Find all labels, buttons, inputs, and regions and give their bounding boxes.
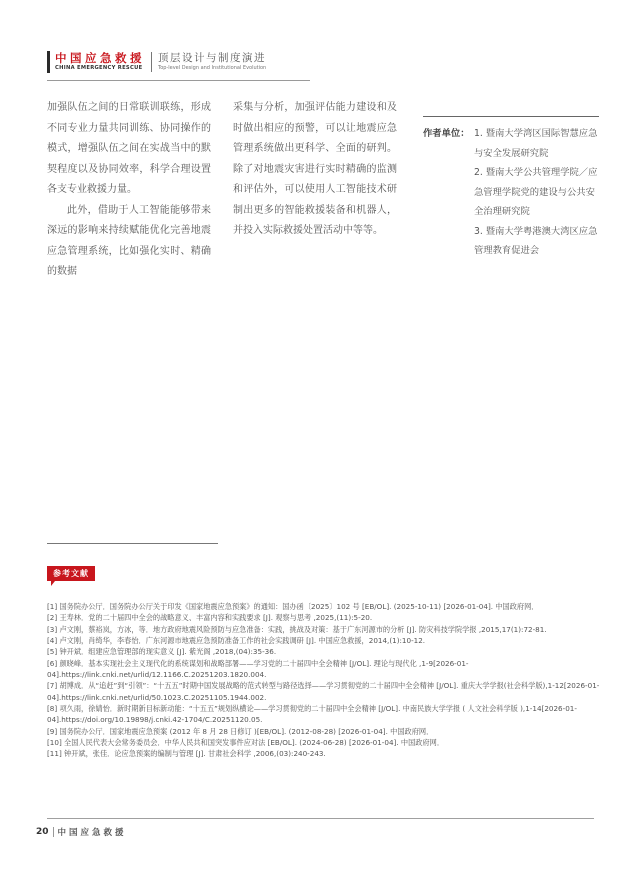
header-divider (151, 52, 152, 72)
reference-item: [8] 项久雨，徐婧怡．新时期新目标新动能：“十五五”规划纵横论——学习贯彻党的… (47, 703, 607, 726)
references-rule (47, 543, 218, 544)
journal-name-en: CHINA EMERGENCY RESCUE (55, 66, 145, 71)
journal-name-cn: 中国应急救援 (55, 53, 145, 65)
reference-item: [11] 钟开斌，张佳．论应急预案的编制与管理 [J]. 甘肃社会科学 ,200… (47, 748, 607, 759)
reference-item: [5] 钟开斌．组建应急管理部的现实意义 [J]. 紫光阁 ,2018,(04)… (47, 646, 607, 657)
affiliation-label: 作者单位： (423, 124, 470, 144)
section-title-cn: 顶层设计与制度演进 (158, 53, 266, 64)
paragraph: 采集与分析，加强评估能力建设和及时做出相应的预警，可以让地震应急管理系统做出更科… (233, 98, 397, 242)
paragraph: 此外，借助于人工智能能够带来深远的影响来持续赋能优化完善地震应急管理系统，比如强… (47, 201, 211, 283)
affiliation-item: 2. 暨南大学公共管理学院／应急管理学院党的建设与公共安全治理研究院 (474, 163, 603, 222)
reference-item: [10] 全国人民代表大会常务委员会．中华人民共和国突发事件应对法 [EB/OL… (47, 737, 607, 748)
paragraph: 加强队伍之间的日常联训联练，形成不同专业力量共同训练、协同操作的模式，增强队伍之… (47, 98, 211, 201)
running-header: 中国应急救援 CHINA EMERGENCY RESCUE 顶层设计与制度演进 … (47, 50, 266, 74)
section-title-en: Top-level Design and Institutional Evolu… (158, 66, 266, 71)
footer-journal-name: 中国应急救援 (58, 826, 127, 838)
references-heading-tag: 参考文献 (47, 566, 95, 581)
author-affiliations: 作者单位： 1. 暨南大学湾区国际智慧应急与安全发展研究院 2. 暨南大学公共管… (423, 124, 603, 261)
affiliation-rule (423, 116, 599, 117)
reference-item: [6] 颜晓峰．基本实现社会主义现代化的系统谋划和战略部署——学习党的二十届四中… (47, 658, 607, 681)
reference-item: [7] 胡博成．从“追赶”到“引领”：“十五五”时期中国发展战略的范式转型与路径… (47, 680, 607, 703)
affiliation-item: 3. 暨南大学粤港澳大湾区应急管理教育促进会 (474, 222, 603, 261)
body-column-1: 加强队伍之间的日常联训联练，形成不同专业力量共同训练、协同操作的模式，增强队伍之… (47, 98, 211, 283)
header-accent-bar (47, 51, 50, 73)
affiliation-list: 1. 暨南大学湾区国际智慧应急与安全发展研究院 2. 暨南大学公共管理学院／应急… (474, 124, 603, 261)
section-title: 顶层设计与制度演进 Top-level Design and Instituti… (158, 53, 266, 71)
journal-brand: 中国应急救援 CHINA EMERGENCY RESCUE (55, 53, 145, 72)
page-number: 20 (36, 827, 49, 837)
reference-list: [1] 国务院办公厅．国务院办公厅关于印发《国家地震应急预案》的通知：国办函〔2… (47, 601, 607, 760)
affiliation-item: 1. 暨南大学湾区国际智慧应急与安全发展研究院 (474, 124, 603, 163)
body-column-2: 采集与分析，加强评估能力建设和及时做出相应的预警，可以让地震应急管理系统做出更科… (233, 98, 397, 242)
reference-item: [9] 国务院办公厅．国家地震应急预案 (2012 年 8 月 28 日修订 )… (47, 726, 607, 737)
reference-item: [4] 卢文刚，肖绮华，李春怡．广东河源市地震应急预防准备工作的社会实践调研 [… (47, 635, 607, 646)
reference-item: [1] 国务院办公厅．国务院办公厅关于印发《国家地震应急预案》的通知：国办函〔2… (47, 601, 607, 612)
page-footer: 20 中国应急救援 (36, 826, 127, 838)
footer-divider (53, 827, 54, 837)
reference-item: [3] 卢文刚，蔡裕岚，方冰，等．地方政府地震风险预防与应急准备：实践，挑战及对… (47, 624, 607, 635)
reference-item: [2] 王寿林．党的二十届四中全会的战略意义、丰富内容和实践要求 [J]. 观察… (47, 612, 607, 623)
header-rule (47, 80, 310, 81)
footer-rule (47, 818, 594, 819)
